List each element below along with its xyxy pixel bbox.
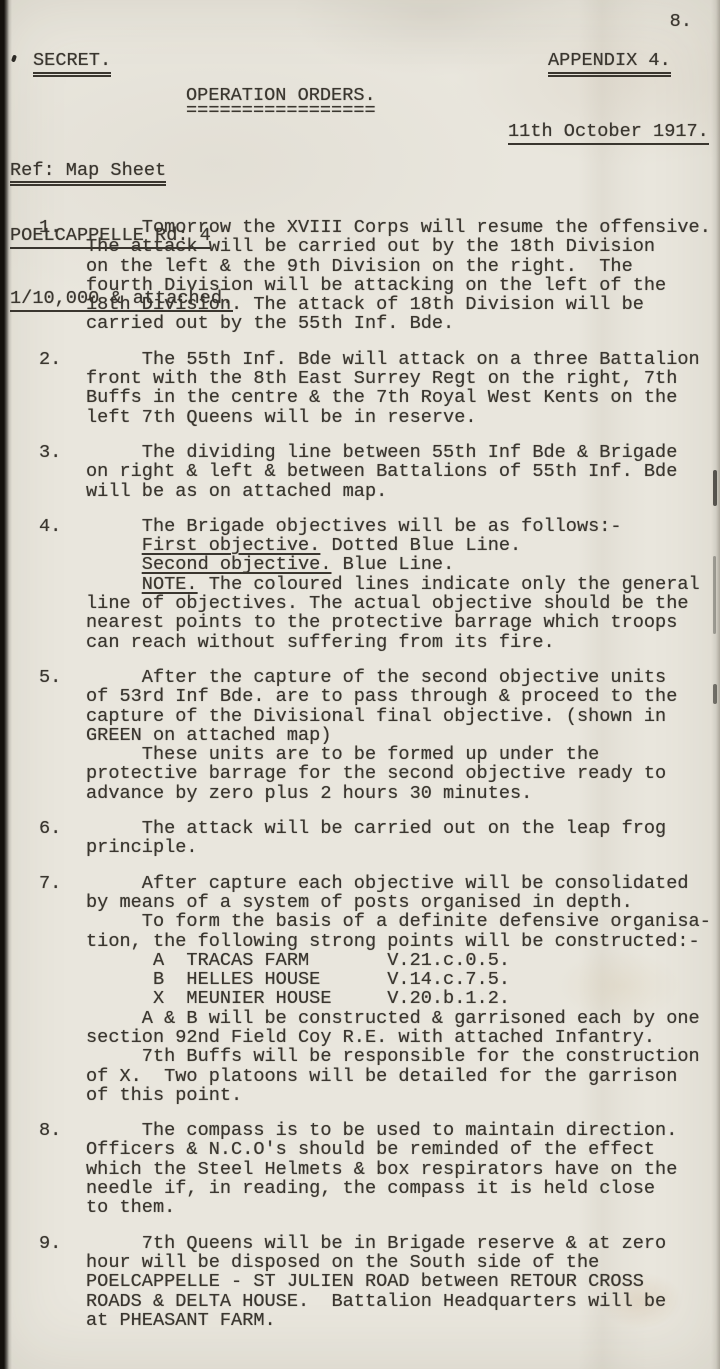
paragraph-number: 4.: [39, 517, 61, 536]
page-number: 8.: [670, 12, 692, 31]
order-line: will be as on attached map.: [86, 482, 720, 501]
order-line: protective barrage for the second object…: [86, 764, 720, 783]
order-line: NOTE. The coloured lines indicate only t…: [86, 575, 720, 594]
text-segment: GREEN on attached map): [86, 725, 331, 746]
order-line: of this point.: [86, 1086, 720, 1105]
order-line: on the left & the 9th Division on the ri…: [86, 257, 720, 276]
ref-line: Ref: Map Sheet: [10, 161, 233, 186]
order-line: The compass is to be used to maintain di…: [86, 1121, 720, 1140]
text-segment: The 55th Inf. Bde will attack on a three…: [86, 349, 700, 370]
paragraphs: 1. Tomorrow the XVIII Corps will resume …: [86, 218, 720, 1346]
text-segment: by means of a system of posts organised …: [86, 892, 633, 913]
text-segment: nearest points to the protective barrage…: [86, 612, 677, 633]
order-line: B HELLES HOUSE V.14.c.7.5.: [86, 970, 720, 989]
text-segment: fourth Division will be attacking on the…: [86, 275, 666, 296]
order-line: to them.: [86, 1198, 720, 1217]
text-segment: of X. Two platoons will be detailed for …: [86, 1066, 677, 1087]
order-line: hour will be disposed on the South side …: [86, 1253, 720, 1272]
order-paragraph-4: 4. The Brigade objectives will be as fol…: [86, 517, 720, 652]
order-line: X MEUNIER HOUSE V.20.b.1.2.: [86, 989, 720, 1008]
text-segment: of 53rd Inf Bde. are to pass through & p…: [86, 686, 677, 707]
paragraph-number: 7.: [39, 874, 61, 893]
order-paragraph-8: 8. The compass is to be used to maintain…: [86, 1121, 720, 1217]
order-line: which the Steel Helmets & box respirator…: [86, 1160, 720, 1179]
text-segment: Tomorrow the XVIII Corps will resume the…: [86, 217, 711, 238]
order-line: A TRACAS FARM V.21.c.0.5.: [86, 951, 720, 970]
order-line: The Brigade objectives will be as follow…: [86, 517, 720, 536]
text-segment: advance by zero plus 2 hours 30 minutes.: [86, 783, 532, 804]
order-paragraph-1: 1. Tomorrow the XVIII Corps will resume …: [86, 218, 720, 334]
order-paragraph-9: 9. 7th Queens will be in Brigade reserve…: [86, 1234, 720, 1330]
order-line: at PHEASANT FARM.: [86, 1311, 720, 1330]
text-segment: left 7th Queens will be in reserve.: [86, 407, 477, 428]
text-segment: [86, 554, 142, 575]
text-segment: B HELLES HOUSE V.14.c.7.5.: [86, 969, 510, 990]
underlined-term: Second objective.: [142, 554, 332, 575]
text-segment: The attack will be carried out by the 18…: [86, 236, 655, 257]
appendix-label: APPENDIX 4.: [548, 51, 671, 70]
order-line: fourth Division will be attacking on the…: [86, 276, 720, 295]
text-segment: Blue Line.: [331, 554, 454, 575]
order-line: GREEN on attached map): [86, 726, 720, 745]
text-segment: The coloured lines indicate only the gen…: [198, 574, 700, 595]
order-line: capture of the Divisional final objectiv…: [86, 707, 720, 726]
text-segment: capture of the Divisional final objectiv…: [86, 706, 666, 727]
order-paragraph-2: 2. The 55th Inf. Bde will attack on a th…: [86, 350, 720, 427]
text-segment: can reach without suffering from its fir…: [86, 632, 555, 653]
text-segment: The Brigade objectives will be as follow…: [86, 516, 622, 537]
text-segment: principle.: [86, 837, 198, 858]
order-line: Buffs in the centre & the 7th Royal West…: [86, 388, 720, 407]
order-line: tion, the following strong points will b…: [86, 932, 720, 951]
text-segment: POELCAPPELLE - ST JULIEN ROAD between RE…: [86, 1271, 644, 1292]
text-segment: 7th Queens will be in Brigade reserve & …: [86, 1233, 666, 1254]
order-line: carried out by the 55th Inf. Bde.: [86, 314, 720, 333]
order-line: After the capture of the second objectiv…: [86, 668, 720, 687]
order-line: These units are to be formed up under th…: [86, 745, 720, 764]
text-segment: X MEUNIER HOUSE V.20.b.1.2.: [86, 988, 510, 1009]
order-line: 7th Queens will be in Brigade reserve & …: [86, 1234, 720, 1253]
order-line: of X. Two platoons will be detailed for …: [86, 1067, 720, 1086]
paragraph-number: 1.: [39, 218, 61, 237]
order-line: First objective. Dotted Blue Line.: [86, 536, 720, 555]
text-segment: at PHEASANT FARM.: [86, 1310, 276, 1331]
text-segment: After the capture of the second objectiv…: [86, 667, 666, 688]
paragraph-number: 9.: [39, 1234, 61, 1253]
order-line: of 53rd Inf Bde. are to pass through & p…: [86, 687, 720, 706]
text-segment: Officers & N.C.O's should be reminded of…: [86, 1139, 655, 1160]
order-line: A & B will be constructed & garrisoned e…: [86, 1009, 720, 1028]
text-segment: After capture each objective will be con…: [86, 873, 689, 894]
order-line: ROADS & DELTA HOUSE. Battalion Headquart…: [86, 1292, 720, 1311]
order-line: left 7th Queens will be in reserve.: [86, 408, 720, 427]
order-line: 18th Division. The attack of 18th Divisi…: [86, 295, 720, 314]
underlined-term: NOTE.: [142, 574, 198, 595]
order-line: section 92nd Field Coy R.E. with attache…: [86, 1028, 720, 1047]
order-line: The attack will be carried out by the 18…: [86, 237, 720, 256]
paragraph-number: 6.: [39, 819, 61, 838]
underlined-term: First objective.: [142, 535, 321, 556]
document-page: 8. SECRET. APPENDIX 4. OPERATION ORDERS.…: [0, 0, 720, 1369]
paragraph-number: 5.: [39, 668, 61, 687]
text-segment: protective barrage for the second object…: [86, 763, 666, 784]
order-paragraph-6: 6. The attack will be carried out on the…: [86, 819, 720, 858]
order-paragraph-5: 5. After the capture of the second objec…: [86, 668, 720, 803]
order-line: nearest points to the protective barrage…: [86, 613, 720, 632]
text-segment: to them.: [86, 1197, 175, 1218]
paragraph-number: 8.: [39, 1121, 61, 1140]
text-segment: [86, 535, 142, 556]
classification-label: SECRET.: [33, 51, 111, 70]
order-line: To form the basis of a definite defensiv…: [86, 912, 720, 931]
order-line: The 55th Inf. Bde will attack on a three…: [86, 350, 720, 369]
text-segment: line of objectives. The actual objective…: [86, 593, 689, 614]
order-line: principle.: [86, 838, 720, 857]
order-line: needle if, in reading, the compass it is…: [86, 1179, 720, 1198]
ref-line-text: Ref: Map Sheet: [10, 161, 166, 186]
appendix-text: APPENDIX 4.: [548, 50, 671, 77]
text-segment: [86, 574, 142, 595]
order-line: advance by zero plus 2 hours 30 minutes.: [86, 784, 720, 803]
order-line: The dividing line between 55th Inf Bde &…: [86, 443, 720, 462]
order-line: 7th Buffs will be responsible for the co…: [86, 1047, 720, 1066]
order-line: Second objective. Blue Line.: [86, 555, 720, 574]
text-segment: on the left & the 9th Division on the ri…: [86, 256, 633, 277]
text-segment: Buffs in the centre & the 7th Royal West…: [86, 387, 677, 408]
date-text: 11th October 1917.: [508, 121, 709, 145]
order-line: on right & left & between Battalions of …: [86, 462, 720, 481]
text-segment: hour will be disposed on the South side …: [86, 1252, 599, 1273]
text-segment: 18th Division. The attack of 18th Divisi…: [86, 294, 644, 315]
text-segment: The attack will be carried out on the le…: [86, 818, 666, 839]
text-segment: The dividing line between 55th Inf Bde &…: [86, 442, 677, 463]
text-segment: which the Steel Helmets & box respirator…: [86, 1159, 677, 1180]
text-segment: needle if, in reading, the compass it is…: [86, 1178, 655, 1199]
text-segment: of this point.: [86, 1085, 242, 1106]
paragraph-number: 2.: [39, 350, 61, 369]
order-line: After capture each objective will be con…: [86, 874, 720, 893]
order-paragraph-7: 7. After capture each objective will be …: [86, 874, 720, 1106]
order-line: can reach without suffering from its fir…: [86, 633, 720, 652]
text-segment: tion, the following strong points will b…: [86, 931, 700, 952]
text-segment: on right & left & between Battalions of …: [86, 461, 677, 482]
order-line: Officers & N.C.O's should be reminded of…: [86, 1140, 720, 1159]
title-rule: =================: [186, 101, 376, 120]
text-segment: front with the 8th East Surrey Regt on t…: [86, 368, 677, 389]
order-paragraph-3: 3. The dividing line between 55th Inf Bd…: [86, 443, 720, 501]
text-segment: A & B will be constructed & garrisoned e…: [86, 1008, 700, 1029]
text-segment: To form the basis of a definite defensiv…: [86, 911, 711, 932]
text-segment: ROADS & DELTA HOUSE. Battalion Headquart…: [86, 1291, 666, 1312]
text-segment: section 92nd Field Coy R.E. with attache…: [86, 1027, 655, 1048]
classification-text: SECRET.: [33, 50, 111, 77]
order-line: by means of a system of posts organised …: [86, 893, 720, 912]
text-segment: 7th Buffs will be responsible for the co…: [86, 1046, 700, 1067]
text-segment: carried out by the 55th Inf. Bde.: [86, 313, 454, 334]
order-line: POELCAPPELLE - ST JULIEN ROAD between RE…: [86, 1272, 720, 1291]
ink-speck: [11, 55, 17, 63]
text-segment: Dotted Blue Line.: [320, 535, 521, 556]
date-label: 11th October 1917.: [508, 122, 709, 141]
order-line: front with the 8th East Surrey Regt on t…: [86, 369, 720, 388]
order-line: line of objectives. The actual objective…: [86, 594, 720, 613]
text-segment: These units are to be formed up under th…: [86, 744, 599, 765]
text-segment: The compass is to be used to maintain di…: [86, 1120, 677, 1141]
paragraph-number: 3.: [39, 443, 61, 462]
order-line: The attack will be carried out on the le…: [86, 819, 720, 838]
order-line: Tomorrow the XVIII Corps will resume the…: [86, 218, 720, 237]
text-segment: A TRACAS FARM V.21.c.0.5.: [86, 950, 510, 971]
text-segment: will be as on attached map.: [86, 481, 387, 502]
